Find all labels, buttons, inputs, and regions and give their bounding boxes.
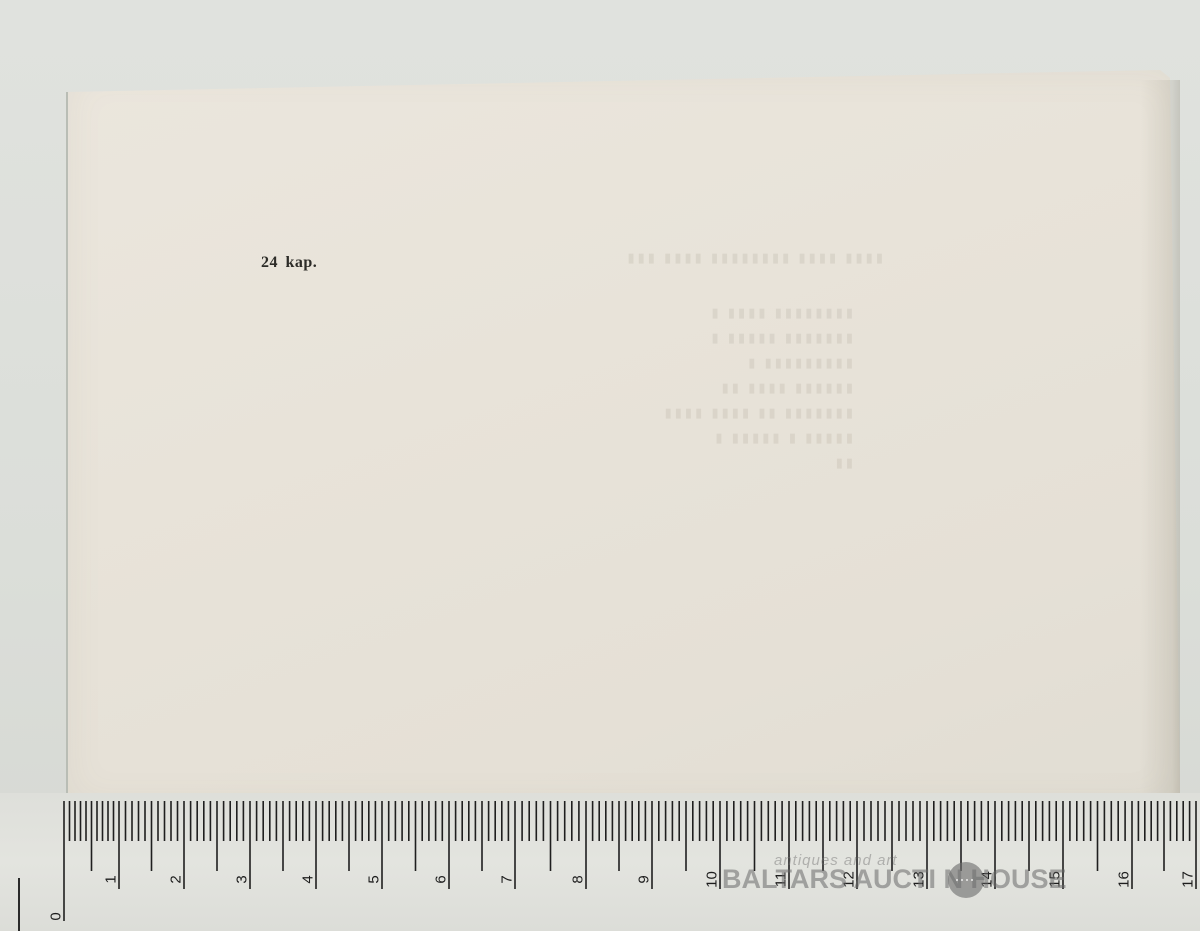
measuring-ruler: 01234567891011121314151617 xyxy=(0,793,1200,931)
card-left-edge xyxy=(66,92,68,800)
ruler-ticks xyxy=(0,793,1200,931)
ruler-label-5: 5 xyxy=(366,868,383,892)
ruler-label-10: 10 xyxy=(704,868,721,892)
ruler-label-12: 12 xyxy=(841,868,858,892)
ruler-label-8: 8 xyxy=(570,868,587,892)
price-label: 24 kap. xyxy=(261,254,317,272)
ruler-label-13: 13 xyxy=(911,868,928,892)
ruler-label-4: 4 xyxy=(300,868,317,892)
ruler-label-11: 11 xyxy=(773,868,790,892)
ruler-end-mark xyxy=(18,878,20,931)
ruler-label-1: 1 xyxy=(103,868,120,892)
ruler-label-16: 16 xyxy=(1116,868,1133,892)
ruler-label-2: 2 xyxy=(168,868,185,892)
ruler-label-0: 0 xyxy=(48,905,65,929)
show-through-text: ▮▮▮ ▮▮▮▮ ▮▮▮▮▮▮▮▮ ▮▮▮▮ ▮▮▮▮ ▮ ▮▮▮▮ ▮▮▮▮▮… xyxy=(486,250,886,480)
ruler-label-6: 6 xyxy=(433,868,450,892)
ruler-label-15: 15 xyxy=(1047,868,1064,892)
ruler-label-17: 17 xyxy=(1180,868,1197,892)
ruler-label-14: 14 xyxy=(979,868,996,892)
ruler-label-3: 3 xyxy=(234,868,251,892)
ruler-label-9: 9 xyxy=(636,868,653,892)
ruler-label-7: 7 xyxy=(499,868,516,892)
